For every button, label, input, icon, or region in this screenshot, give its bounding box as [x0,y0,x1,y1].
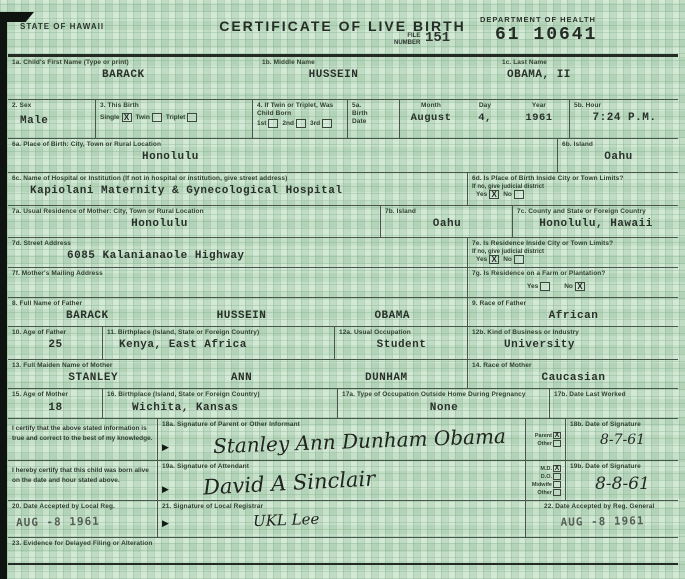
field-father-name: 8. Full Name of Father BARACK HUSSEIN OB… [8,298,468,326]
checkbox-2nd [296,119,306,128]
field-value: University [472,339,675,351]
certification-statement-1: I certify that the above stated informat… [8,419,158,460]
field-informant-signature: 18a. Signature of Parent or Other Inform… [158,419,526,460]
certificate-number: 61 10641 [495,25,597,45]
field-local-registrar-signature: 21. Signature of Local Registrar ▶ UKL L… [158,501,526,538]
field-label: 12b. Kind of Business or Industry [472,329,675,337]
field-label: 7a. Usual Residence of Mother: City, Tow… [12,208,377,216]
field-mother-race: 14. Race of Mother Caucasian [468,360,678,389]
field-residence-city: 7a. Usual Residence of Mother: City, Tow… [8,206,381,237]
field-mother-occupation: 17a. Type of Occupation Outside Home Dur… [338,389,550,418]
option-label: 3rd [310,120,320,127]
field-value: Honolulu [12,218,377,230]
file-label-line2: NUMBER [394,40,420,46]
month-value: August [404,112,458,124]
row-informant-signature: I certify that the above stated informat… [8,419,678,461]
field-father-industry: 12b. Kind of Business or Industry Univer… [468,327,678,359]
field-label: 7g. Is Residence on a Farm or Plantation… [472,270,675,278]
option-label: D.O. [541,474,552,480]
field-label: 9. Race of Father [472,300,675,308]
field-mother-birthplace: 16. Birthplace (Island, State or Foreign… [103,389,338,418]
option-label: Other [537,441,552,447]
local-reg-date-stamp: AUG -8 1961 [12,513,154,528]
option-label: No [564,283,573,290]
row-hospital: 6c. Name of Hospital or Institution (If … [8,173,678,206]
field-value: 7:24 P.M. [574,112,675,124]
checkbox-other [553,489,561,496]
field-hospital-name: 6c. Name of Hospital or Institution (If … [8,173,468,205]
checkbox-midwife [553,481,561,488]
father-middle: HUSSEIN [217,310,267,322]
field-value: Honolulu, Hawaii [517,218,675,230]
field-mother-name: 13. Full Maiden Name of Mother STANLEY A… [8,360,468,389]
field-mother-age: 15. Age of Mother 18 [8,389,103,418]
field-label: 4. If Twin or Triplet, Was Child Born [257,102,344,118]
field-value: 6085 Kalanianaole Highway [12,250,464,262]
field-island-residence: 7b. Island Oahu [381,206,513,237]
option-label: Parent [535,433,552,439]
field-label: 6c. Name of Hospital or Institution (If … [12,175,464,183]
field-label: 13. Full Maiden Name of Mother [12,362,464,370]
field-father-age: 10. Age of Father 25 [8,327,103,359]
field-label: 11. Birthplace (Island, State or Foreign… [107,329,331,337]
checkbox-yes [540,282,550,291]
department-label: DEPARTMENT OF HEALTH [480,15,596,24]
year-label: Year [512,102,566,110]
field-label: 6d. Is Place of Birth Inside City or Tow… [472,175,675,183]
field-label: 18b. Date of Signature [570,421,675,429]
field-mailing-address: 7f. Mother's Mailing Address [8,268,468,297]
field-date-accepted-general: 22. Date Accepted by Reg. General AUG -8… [526,501,678,538]
field-label: 10. Age of Father [12,329,99,337]
mother-middle: ANN [231,372,252,384]
field-value: Honolulu [12,151,554,163]
option-label: M.D. [540,466,552,472]
row-place-of-birth: 6a. Place of Birth: City, Town or Rural … [8,139,678,173]
option-label: Midwife [532,482,552,488]
mother-first: STANLEY [68,372,118,384]
checkbox-yes: X [489,255,499,264]
field-label: 12a. Usual Occupation [339,329,464,337]
field-label: 17a. Type of Occupation Outside Home Dur… [342,391,546,399]
signature-date: 8-8-61 [570,474,675,494]
field-label-part: Birth [352,110,396,118]
row-residence: 7a. Usual Residence of Mother: City, Tow… [8,206,678,238]
row-registrar: 20. Date Accepted by Local Reg. AUG -8 1… [8,501,678,539]
option-label: Yes [476,256,487,263]
informant-signature: Stanley Ann Dunham Obama [213,424,507,458]
field-attendant-signature-date: 19b. Date of Signature 8-8-61 [566,461,678,500]
row-mailing-address: 7f. Mother's Mailing Address 7g. Is Resi… [8,268,678,298]
field-this-birth: 3. This Birth Single X Twin Triplet [96,100,253,139]
field-label: 3. This Birth [100,102,249,110]
birth-certificate-scan: STATE OF HAWAII CERTIFICATE OF LIVE BIRT… [0,0,685,579]
certification-text: I hereby certify that this child was bor… [12,463,154,486]
checkbox-yes: X [489,190,499,199]
field-label: 5b. Hour [574,102,675,110]
scan-left-edge [0,12,7,579]
signature-arrow-icon: ▶ [162,518,169,529]
field-label: 1a. Child's First Name (Type or print) [12,59,255,67]
field-label: 14. Race of Mother [472,362,675,370]
checkbox-do [553,473,561,480]
checkbox-triplet [187,113,197,122]
field-value: Student [339,339,464,351]
row-birth-info: 2. Sex Male 3. This Birth Single X Twin … [8,100,678,140]
certificate-form: 1a. Child's First Name (Type or print) B… [8,54,678,565]
row-father-details: 10. Age of Father 25 11. Birthplace (Isl… [8,327,678,360]
option-label: Other [537,490,552,496]
field-value: 25 [12,339,99,351]
reg-general-date-stamp: AUG -8 1961 [530,513,675,529]
field-label: 1c. Last Name [502,59,675,67]
file-number: 151 [425,30,450,46]
field-father-birthplace: 11. Birthplace (Island, State or Foreign… [103,327,335,359]
checkbox-single: X [122,113,132,122]
field-label: 8. Full Name of Father [12,300,464,308]
option-label: Yes [527,283,538,290]
checkbox-other [553,440,561,447]
day-value: 4, [458,112,512,124]
day-label: Day [458,102,512,110]
row-street-address: 7d. Street Address 6085 Kalanianaole Hig… [8,238,678,269]
field-label: 2. Sex [12,102,92,110]
field-label: 6b. Island [562,141,675,149]
field-child-middle-name: 1b. Middle Name HUSSEIN [258,57,498,99]
field-label: 7f. Mother's Mailing Address [12,270,464,278]
field-date-accepted-local: 20. Date Accepted by Local Reg. AUG -8 1… [8,501,158,538]
field-value: African [472,310,675,322]
row-mother-details: 15. Age of Mother 18 16. Birthplace (Isl… [8,389,678,419]
file-number-label: FILE NUMBER [394,33,420,47]
row-attendant-signature: I hereby certify that this child was bor… [8,461,678,501]
field-street-address: 7d. Street Address 6085 Kalanianaole Hig… [8,238,468,268]
field-value: Male [12,115,92,127]
field-label: 7d. Street Address [12,240,464,248]
month-label: Month [404,102,458,110]
father-last: OBAMA [374,310,410,322]
birth-month: Month August [404,102,458,124]
mother-last: DUNHAM [365,372,408,384]
field-informant-signature-date: 18b. Date of Signature 8-7-61 [566,419,678,460]
field-attendant-signature: 19a. Signature of Attendant ▶ David A Si… [158,461,526,500]
field-label: 16. Birthplace (Island, State or Foreign… [107,391,334,399]
field-sex: 2. Sex Male [8,100,96,139]
field-value: Oahu [562,151,675,163]
row-mother-name: 13. Full Maiden Name of Mother STANLEY A… [8,360,678,390]
signature-arrow-icon: ▶ [162,442,169,453]
checkbox-no [514,255,524,264]
row-father-name: 8. Full Name of Father BARACK HUSSEIN OB… [8,298,678,327]
field-label: 20. Date Accepted by Local Reg. [12,503,154,511]
field-place-of-birth: 6a. Place of Birth: City, Town or Rural … [8,139,558,172]
field-hour: 5b. Hour 7:24 P.M. [570,100,678,139]
option-label: No [503,191,512,198]
field-value: Oahu [385,218,509,230]
birth-year: Year 1961 [512,102,566,124]
field-county-state: 7c. County and State or Foreign Country … [513,206,678,237]
field-child-last-name: 1c. Last Name OBAMA, II [498,57,678,99]
certification-text: I certify that the above stated informat… [12,421,154,444]
checkbox-no: X [575,282,585,291]
field-label: 19b. Date of Signature [570,463,675,471]
row-child-name: 1a. Child's First Name (Type or print) B… [8,57,678,100]
field-label: 6a. Place of Birth: City, Town or Rural … [12,141,554,149]
field-label: 7c. County and State or Foreign Country [517,208,675,216]
field-birth-date: Month August Day 4, Year 1961 [400,100,570,139]
field-label: 7e. Is Residence Inside City or Town Lim… [472,240,675,248]
checkbox-3rd [322,119,332,128]
checkbox-1st [268,119,278,128]
signature-date: 8-7-61 [570,432,675,448]
option-label: Yes [476,191,487,198]
field-father-race: 9. Race of Father African [468,298,678,326]
checkbox-twin [152,113,162,122]
field-value: Kenya, East Africa [107,339,331,351]
field-birth-inside-limits: 6d. Is Place of Birth Inside City or Tow… [468,173,678,205]
option-label: Single [100,114,120,121]
field-island-birth: 6b. Island Oahu [558,139,678,172]
file-label-line1: FILE [407,33,420,39]
field-value: Wichita, Kansas [107,402,334,414]
field-label: 1b. Middle Name [262,59,495,67]
row-evidence: 23. Evidence for Delayed Filing or Alter… [8,538,678,563]
field-label: 22. Date Accepted by Reg. General [530,503,675,511]
option-label: No [503,256,512,263]
field-label-part: 5a. [352,102,396,110]
field-value: Kapiolani Maternity & Gynecological Hosp… [12,185,464,197]
option-label: Twin [136,114,150,121]
option-label: 2nd [282,120,294,127]
option-label: Triplet [166,114,186,121]
father-first: BARACK [66,310,109,322]
field-father-occupation: 12a. Usual Occupation Student [335,327,468,359]
field-child-first-name: 1a. Child's First Name (Type or print) B… [8,57,258,99]
checkbox-no [514,190,524,199]
birth-day: Day 4, [458,102,512,124]
checkbox-md: X [553,465,561,472]
field-value: Caucasian [472,372,675,384]
field-value: OBAMA, II [502,69,675,81]
checkbox-parent: X [553,432,561,439]
field-label: 21. Signature of Local Registrar [162,503,522,511]
field-value: HUSSEIN [262,69,495,81]
field-farm-plantation: 7g. Is Residence on a Farm or Plantation… [468,268,678,297]
field-birth-date-label: 5a. Birth Date [348,100,400,139]
year-value: 1961 [512,112,566,124]
field-value: BARACK [12,69,255,81]
certification-statement-2: I hereby certify that this child was bor… [8,461,158,500]
attendant-type-checks: M.D. X D.O. Midwife Other [526,461,566,500]
attendant-signature: David A Sinclair [202,466,375,499]
field-twin-order: 4. If Twin or Triplet, Was Child Born 1s… [253,100,348,139]
field-residence-inside-limits: 7e. Is Residence Inside City or Town Lim… [468,238,678,268]
signature-arrow-icon: ▶ [162,484,169,495]
option-label: 1st [257,120,266,127]
informant-type-checks: Parent X Other [526,419,566,460]
field-evidence-delayed-filing: 23. Evidence for Delayed Filing or Alter… [8,538,678,563]
registrar-signature: UKL Lee [253,509,320,529]
field-label: 17b. Date Last Worked [554,391,675,399]
field-value: 18 [12,402,99,414]
field-date-last-worked: 17b. Date Last Worked [550,389,678,418]
field-label-part: Date [352,118,396,126]
field-label: 15. Age of Mother [12,391,99,399]
field-label: 7b. Island [385,208,509,216]
field-value: None [342,402,546,414]
field-label: 23. Evidence for Delayed Filing or Alter… [12,540,675,548]
